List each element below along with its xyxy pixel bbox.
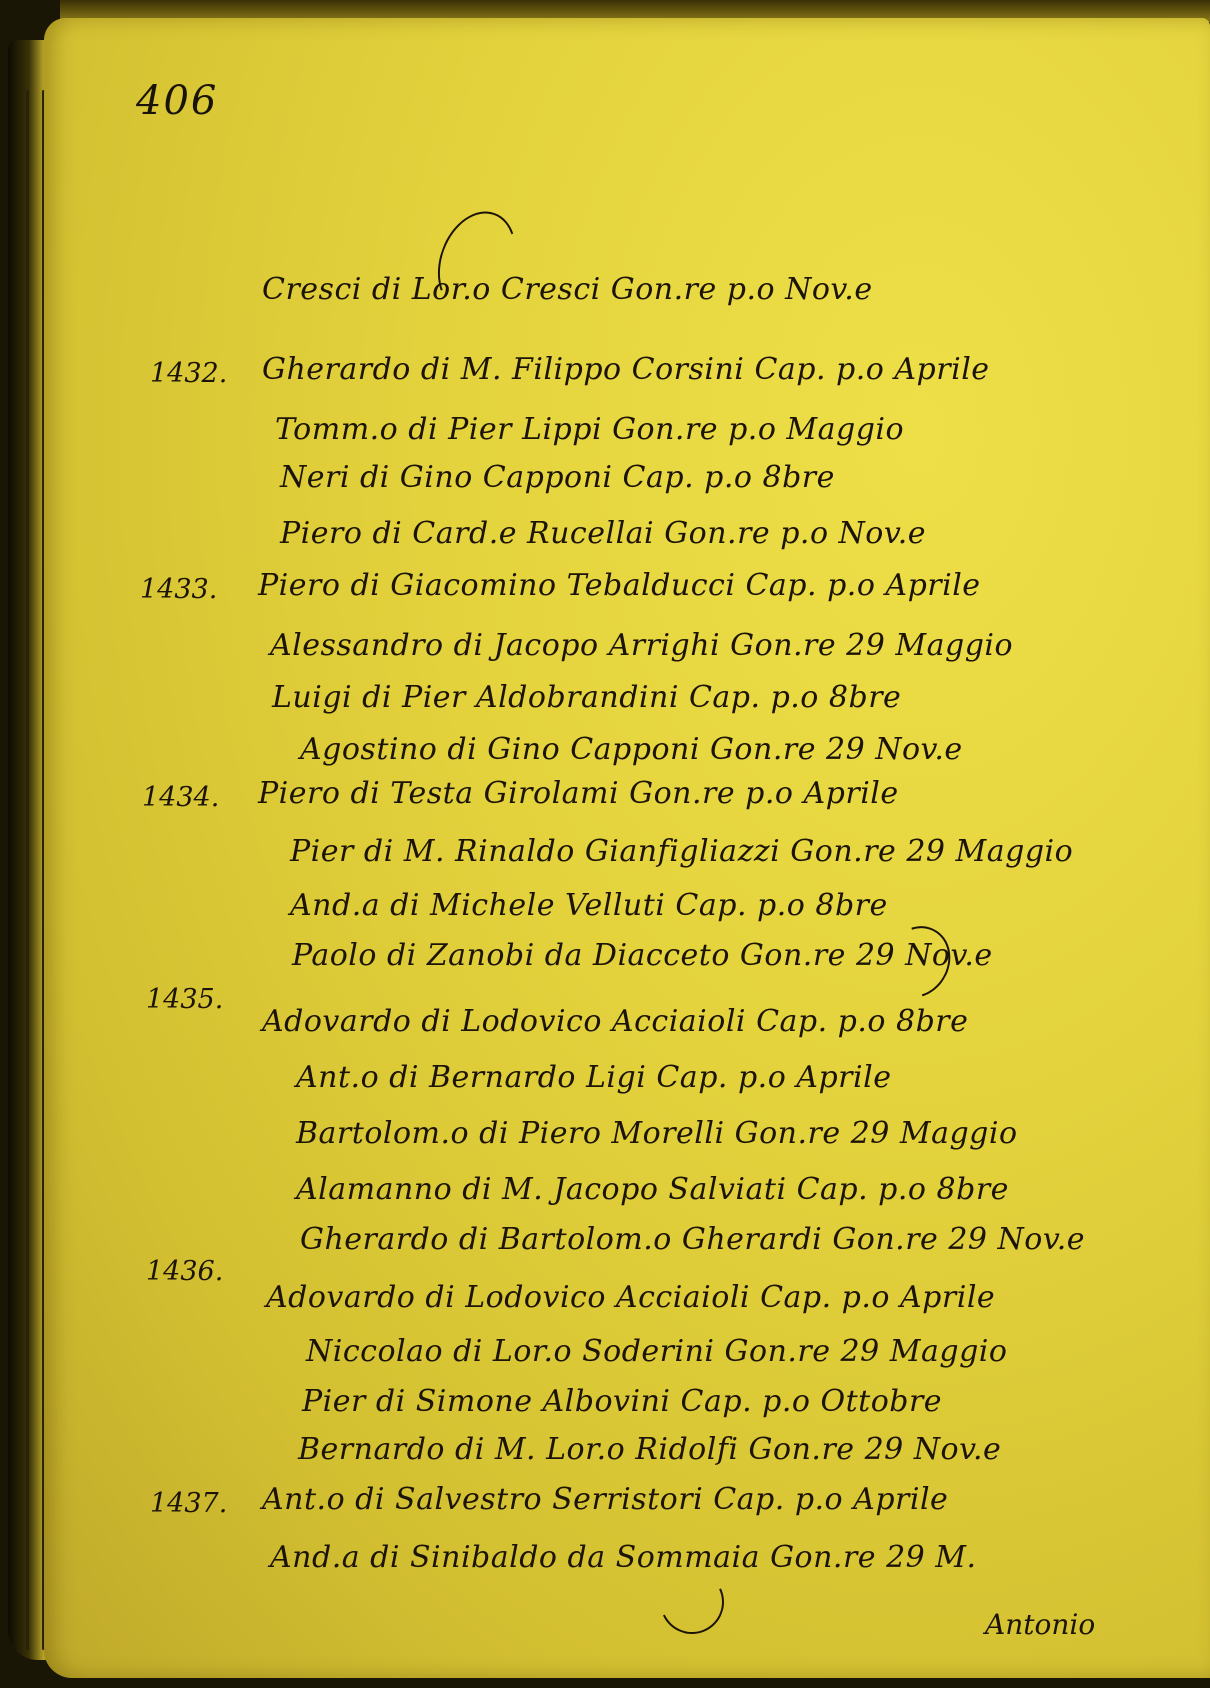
entry-line: Alamanno di M. Jacopo Salviati Cap. p.o … [296,1172,1009,1207]
entry-line: Gherardo di Bartolom.o Gherardi Gon.re 2… [300,1222,1085,1257]
entry-line: Piero di Testa Girolami Gon.re p.o April… [258,776,899,811]
entry-line: And.a di Michele Velluti Cap. p.o 8bre [290,888,888,923]
entry-line: Pier di M. Rinaldo Gianfigliazzi Gon.re … [290,834,1073,869]
entry-line: Ant.o di Salvestro Serristori Cap. p.o A… [262,1482,948,1517]
entry-line: Niccolao di Lor.o Soderini Gon.re 29 Mag… [306,1334,1007,1369]
entry-year: 1435. [146,984,223,1015]
entry-line: Tomm.o di Pier Lippi Gon.re p.o Maggio [275,412,904,447]
entry-year: 1434. [142,782,219,813]
entry-line: Luigi di Pier Aldobrandini Cap. p.o 8bre [272,680,901,715]
entry-line: And.a di Sinibaldo da Sommaia Gon.re 29 … [270,1540,977,1575]
entry-line: Adovardo di Lodovico Acciaioli Cap. p.o … [262,1004,968,1039]
entry-line: Gherardo di M. Filippo Corsini Cap. p.o … [262,352,990,387]
entry-year: 1432. [150,358,227,389]
entry-line: Ant.o di Bernardo Ligi Cap. p.o Aprile [296,1060,891,1095]
entry-line: Piero di Card.e Rucellai Gon.re p.o Nov.… [280,516,926,551]
entry-year: 1437. [150,1488,227,1519]
entry-line: Piero di Giacomino Tebalducci Cap. p.o A… [258,568,981,603]
entry-year: 1436. [146,1256,223,1287]
entry-line: Bartolom.o di Piero Morelli Gon.re 29 Ma… [296,1116,1018,1151]
folio-number: 406 [136,78,218,124]
catchword: Antonio [985,1608,1095,1641]
entry-line: Cresci di Lor.o Cresci Gon.re p.o Nov.e [262,272,873,307]
entry-line: Alessandro di Jacopo Arrighi Gon.re 29 M… [270,628,1013,663]
entry-line: Neri di Gino Capponi Cap. p.o 8bre [280,460,835,495]
entry-line: Agostino di Gino Capponi Gon.re 29 Nov.e [300,732,963,767]
entry-line: Adovardo di Lodovico Acciaioli Cap. p.o … [266,1280,995,1315]
entry-year: 1433. [140,574,217,605]
entry-line: Bernardo di M. Lor.o Ridolfi Gon.re 29 N… [298,1432,1001,1467]
page-edge-line [26,90,29,1650]
entry-line: Pier di Simone Albovini Cap. p.o Ottobre [302,1384,942,1419]
